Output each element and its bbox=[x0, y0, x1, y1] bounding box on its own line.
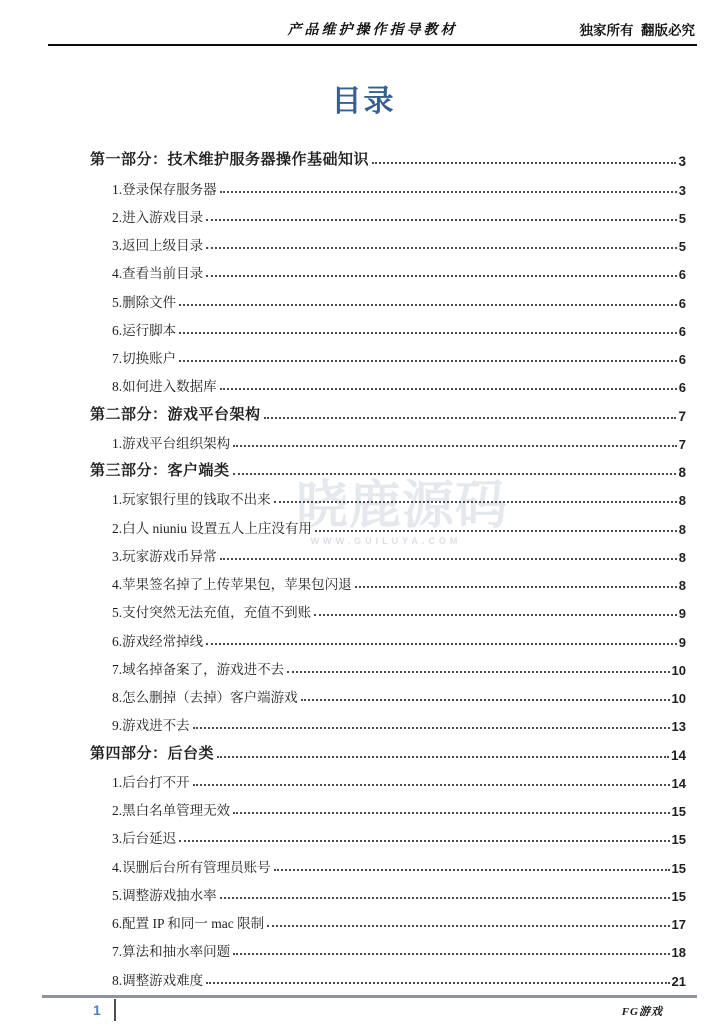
toc-item-row: 1.游戏平台组织架构7 bbox=[90, 424, 686, 452]
toc-item-row: 7.域名掉备案了，游戏进不去10 bbox=[90, 650, 686, 678]
toc-item-row-page: 3 bbox=[679, 183, 686, 198]
footer-brand: FG游戏 bbox=[622, 1003, 663, 1019]
toc-item-row-label: 1.玩家银行里的钱取不出来 bbox=[112, 488, 271, 508]
toc-item-row: 3.返回上级目录5 bbox=[90, 226, 686, 254]
toc-section-row-label: 第三部分：客户端类 bbox=[90, 459, 230, 480]
toc-item-row-page: 7 bbox=[679, 437, 686, 452]
toc-item-row: 5.支付突然无法充值，充值不到账9 bbox=[90, 593, 686, 621]
toc-list: 第一部分：技术维护服务器操作基础知识31.登录保存服务器32.进入游戏目录53.… bbox=[90, 141, 686, 989]
toc-item-row: 6.运行脚本6 bbox=[90, 311, 686, 339]
dot-leader bbox=[217, 756, 669, 758]
toc-item-row-label: 5.删除文件 bbox=[112, 291, 176, 311]
toc-item-row: 1.登录保存服务器3 bbox=[90, 169, 686, 197]
toc-item-row: 4.误删后台所有管理员账号15 bbox=[90, 847, 686, 875]
header-copyright: 独家所有 翻版必究 bbox=[579, 19, 695, 39]
toc-item-row-page: 8 bbox=[679, 550, 686, 565]
toc-item-row-page: 8 bbox=[679, 578, 686, 593]
dot-leader bbox=[274, 869, 670, 871]
dot-leader bbox=[220, 558, 677, 560]
toc-item-row-page: 13 bbox=[672, 719, 686, 734]
dot-leader bbox=[179, 332, 677, 334]
toc-section-row-label: 第一部分：技术维护服务器操作基础知识 bbox=[90, 148, 369, 169]
toc-item-row-page: 17 bbox=[672, 917, 686, 932]
dot-leader bbox=[206, 219, 677, 221]
dot-leader bbox=[314, 614, 677, 616]
toc-item-row-label: 4.查看当前目录 bbox=[112, 262, 203, 282]
toc-item-row-page: 6 bbox=[679, 267, 686, 282]
toc-title: 目录 bbox=[0, 76, 727, 120]
toc-item-row: 8.如何进入数据库6 bbox=[90, 367, 686, 395]
toc-item-row: 8.调整游戏难度21 bbox=[90, 960, 686, 988]
toc-section-row: 第三部分：客户端类8 bbox=[90, 452, 686, 480]
toc-item-row: 3.后台延迟15 bbox=[90, 819, 686, 847]
toc-item-row-label: 3.后台延迟 bbox=[112, 827, 176, 847]
dot-leader bbox=[206, 643, 677, 645]
toc-item-row-page: 6 bbox=[679, 380, 686, 395]
dot-leader bbox=[179, 304, 677, 306]
toc-item-row-label: 7.域名掉备案了，游戏进不去 bbox=[112, 658, 284, 678]
toc-item-row-page: 6 bbox=[679, 296, 686, 311]
toc-item-row: 1.后台打不开14 bbox=[90, 763, 686, 791]
dot-leader bbox=[220, 897, 670, 899]
toc-section-row-page: 14 bbox=[671, 748, 686, 763]
toc-item-row-label: 8.调整游戏难度 bbox=[112, 969, 203, 989]
dot-leader bbox=[355, 586, 677, 588]
dot-leader bbox=[233, 473, 677, 475]
toc-item-row-label: 6.运行脚本 bbox=[112, 319, 176, 339]
toc-item-row-label: 9.游戏进不去 bbox=[112, 714, 190, 734]
toc-item-row-label: 3.返回上级目录 bbox=[112, 234, 203, 254]
toc-item-row-label: 5.支付突然无法充值，充值不到账 bbox=[112, 601, 311, 621]
toc-item-row: 5.删除文件6 bbox=[90, 282, 686, 310]
toc-item-row-page: 8 bbox=[679, 493, 686, 508]
toc-item-row-page: 9 bbox=[679, 606, 686, 621]
toc-item-row-page: 15 bbox=[672, 889, 686, 904]
toc-item-row-page: 14 bbox=[672, 776, 686, 791]
toc-item-row-label: 1.登录保存服务器 bbox=[112, 178, 217, 198]
dot-leader bbox=[179, 840, 669, 842]
toc-item-row: 8.怎么删掉（去掉）客户端游戏10 bbox=[90, 678, 686, 706]
toc-item-row: 4.查看当前目录6 bbox=[90, 254, 686, 282]
document-page: 产品维护操作指导教材 独家所有 翻版必究 目录 晓鹿源码 WWW.GUILUYA… bbox=[0, 0, 727, 1024]
dot-leader bbox=[287, 671, 669, 673]
toc-item-row-label: 1.游戏平台组织架构 bbox=[112, 432, 230, 452]
toc-item-row-page: 8 bbox=[679, 522, 686, 537]
toc-item-row-page: 15 bbox=[672, 832, 686, 847]
toc-item-row-page: 10 bbox=[672, 691, 686, 706]
toc-item-row-page: 5 bbox=[679, 239, 686, 254]
toc-item-row-page: 5 bbox=[679, 211, 686, 226]
dot-leader bbox=[206, 275, 677, 277]
toc-item-row-label: 7.切换账户 bbox=[112, 347, 176, 367]
toc-item-row: 7.算法和抽水率问题18 bbox=[90, 932, 686, 960]
toc-item-row-label: 7.算法和抽水率问题 bbox=[112, 940, 230, 960]
toc-item-row-label: 1.后台打不开 bbox=[112, 771, 190, 791]
toc-item-row-label: 5.调整游戏抽水率 bbox=[112, 884, 217, 904]
dot-leader bbox=[301, 699, 670, 701]
dot-leader bbox=[372, 162, 676, 164]
toc-section-row: 第二部分：游戏平台架构7 bbox=[90, 395, 686, 423]
toc-item-row-label: 2.黑白名单管理无效 bbox=[112, 799, 230, 819]
dot-leader bbox=[193, 784, 670, 786]
toc-item-row-page: 15 bbox=[672, 804, 686, 819]
toc-section-row: 第四部分：后台类14 bbox=[90, 734, 686, 762]
toc-section-row-label: 第二部分：游戏平台架构 bbox=[90, 403, 261, 424]
dot-leader bbox=[264, 417, 677, 419]
dot-leader bbox=[179, 360, 677, 362]
toc-item-row: 9.游戏进不去13 bbox=[90, 706, 686, 734]
page-number-divider bbox=[114, 999, 116, 1021]
toc-item-row-label: 8.怎么删掉（去掉）客户端游戏 bbox=[112, 686, 298, 706]
toc-item-row: 5.调整游戏抽水率15 bbox=[90, 876, 686, 904]
toc-item-row-page: 15 bbox=[672, 861, 686, 876]
toc-item-row: 1.玩家银行里的钱取不出来8 bbox=[90, 480, 686, 508]
toc-section-row-label: 第四部分：后台类 bbox=[90, 742, 214, 763]
toc-item-row-page: 10 bbox=[672, 663, 686, 678]
footer-page-number-block: 1 bbox=[93, 999, 116, 1021]
toc-item-row-page: 9 bbox=[679, 635, 686, 650]
toc-item-row: 6.配置 IP 和同一 mac 限制17 bbox=[90, 904, 686, 932]
page-header: 产品维护操作指导教材 独家所有 翻版必究 bbox=[48, 0, 697, 46]
dot-leader bbox=[193, 727, 670, 729]
toc-section-row-page: 3 bbox=[678, 154, 686, 169]
toc-item-row: 3.玩家游戏币异常8 bbox=[90, 537, 686, 565]
dot-leader bbox=[206, 247, 677, 249]
toc-section-row-page: 8 bbox=[678, 465, 686, 480]
dot-leader bbox=[220, 388, 677, 390]
toc-section-row: 第一部分：技术维护服务器操作基础知识3 bbox=[90, 141, 686, 169]
header-title: 产品维护操作指导教材 bbox=[288, 19, 458, 39]
page-footer: 1 FG游戏 bbox=[0, 995, 727, 1024]
dot-leader bbox=[315, 530, 677, 532]
toc-item-row-label: 2.进入游戏目录 bbox=[112, 206, 203, 226]
footer-divider bbox=[42, 995, 697, 998]
toc-item-row: 4.苹果签名掉了上传苹果包，苹果包闪退8 bbox=[90, 565, 686, 593]
toc-item-row-page: 18 bbox=[672, 945, 686, 960]
dot-leader bbox=[220, 191, 677, 193]
toc-item-row-page: 6 bbox=[679, 352, 686, 367]
dot-leader bbox=[233, 812, 669, 814]
toc-item-row-page: 21 bbox=[672, 974, 686, 989]
toc-item-row: 2.进入游戏目录5 bbox=[90, 198, 686, 226]
toc-item-row-label: 2.白人 niuniu 设置五人上庄没有用 bbox=[112, 517, 312, 537]
toc-item-row-label: 4.苹果签名掉了上传苹果包，苹果包闪退 bbox=[112, 573, 352, 593]
dot-leader bbox=[267, 925, 669, 927]
toc-item-row-label: 6.游戏经常掉线 bbox=[112, 630, 203, 650]
toc-item-row-label: 8.如何进入数据库 bbox=[112, 375, 217, 395]
dot-leader bbox=[233, 953, 669, 955]
toc-item-row-label: 6.配置 IP 和同一 mac 限制 bbox=[112, 912, 264, 932]
toc-item-row-label: 4.误删后台所有管理员账号 bbox=[112, 856, 271, 876]
toc-item-row: 7.切换账户6 bbox=[90, 339, 686, 367]
toc-item-row-label: 3.玩家游戏币异常 bbox=[112, 545, 217, 565]
toc-item-row: 2.白人 niuniu 设置五人上庄没有用8 bbox=[90, 508, 686, 536]
page-number: 1 bbox=[93, 1002, 101, 1018]
toc-item-row: 6.游戏经常掉线9 bbox=[90, 621, 686, 649]
toc-item-row-page: 6 bbox=[679, 324, 686, 339]
toc-section-row-page: 7 bbox=[678, 409, 686, 424]
toc-item-row: 2.黑白名单管理无效15 bbox=[90, 791, 686, 819]
dot-leader bbox=[206, 982, 669, 984]
dot-leader bbox=[274, 501, 677, 503]
dot-leader bbox=[233, 445, 677, 447]
